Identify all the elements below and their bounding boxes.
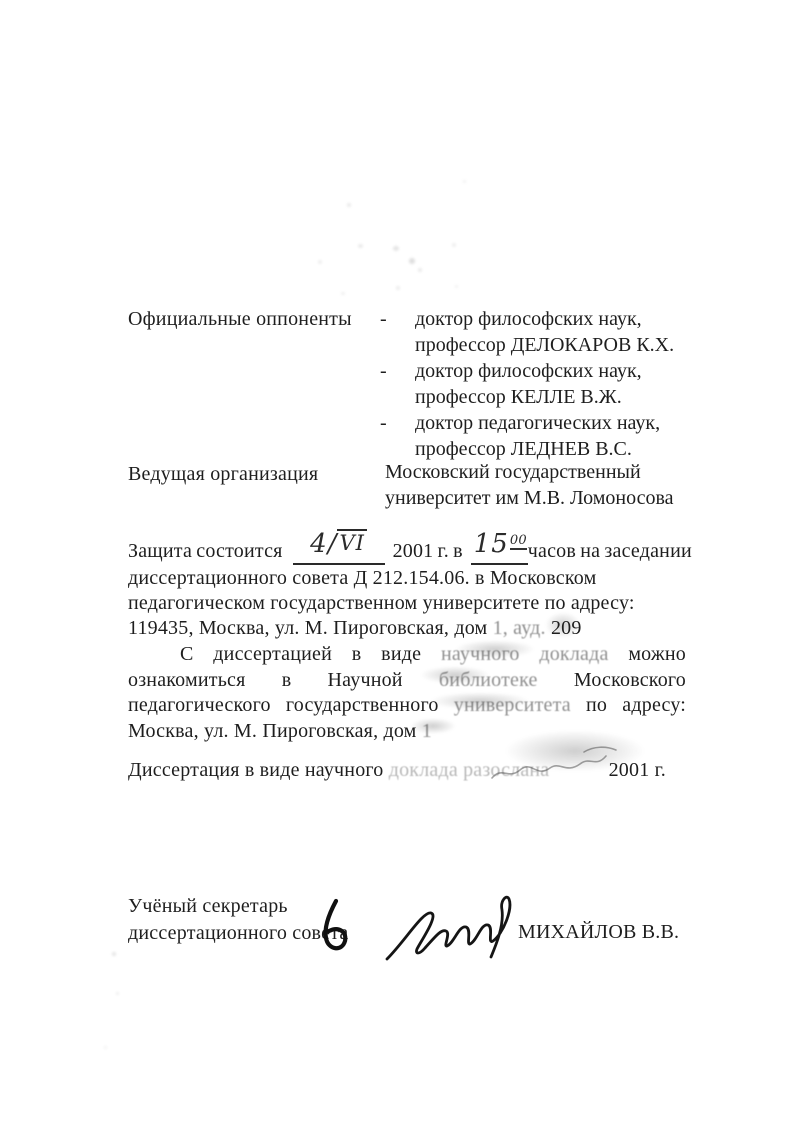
opponent-item: -доктор философских наук,профессор ДЕЛОК… <box>380 306 674 358</box>
handwritten-loop-mark <box>314 898 354 956</box>
library-line-4-a: Москва, ул. М. Пироговская, дом <box>128 720 417 742</box>
library-line-2: ознакомиться в Научной библиотеке Москов… <box>128 668 686 693</box>
opponent-degree: доктор философских наук, <box>415 360 642 382</box>
scan-artifact <box>104 1046 107 1049</box>
secretary-name: МИХАЙЛОВ В.В. <box>518 920 679 945</box>
library-line-1: С диссертацией в виде научного доклада м… <box>128 642 686 667</box>
library-line-2-b: Московского <box>574 669 686 691</box>
handwritten-minutes: 00 <box>510 533 527 550</box>
library-line-3-a: педагогического государственного <box>128 694 439 716</box>
list-dash: - <box>380 410 415 436</box>
scan-artifact <box>452 243 456 247</box>
library-line-3: педагогического государственного универс… <box>128 693 686 718</box>
defense-line-1: Защита состоится4/VI2001 г. в1500часов н… <box>128 536 692 565</box>
list-dash: - <box>380 358 415 384</box>
library-line-4: Москва, ул. М. Пироговская, дом 1 <box>128 719 432 744</box>
scan-artifact <box>358 244 363 248</box>
defense-line-1-text: Защита состоится <box>128 540 283 562</box>
mailing-text: Диссертация в виде научного <box>128 759 384 781</box>
library-line-1-a: С диссертацией в виде <box>180 643 421 665</box>
defense-line-3: педагогическом государственном университ… <box>128 591 635 616</box>
opponent-name: профессор ДЕЛОКАРОВ К.Х. <box>415 334 674 356</box>
library-line-1-faded: научного доклада <box>441 643 609 665</box>
opponent-item: -доктор педагогических наук,профессор ЛЕ… <box>380 410 660 462</box>
opponent-name: профессор ЛЕДНЕВ В.С. <box>415 438 632 460</box>
library-line-2-faded: библиотеке <box>439 669 538 691</box>
opponents-label: Официальные оппоненты <box>128 307 352 332</box>
secretary-signature <box>383 893 533 963</box>
handwritten-hour: 15 <box>474 532 509 557</box>
library-line-3-faded: университета <box>454 694 571 716</box>
list-dash: - <box>380 306 415 332</box>
handwritten-mailing-date <box>488 744 620 790</box>
opponent-degree: доктор философских наук, <box>415 308 642 330</box>
secretary-title-line-1: Учёный секретарь <box>128 894 288 919</box>
scan-artifact <box>116 992 119 995</box>
scan-artifact <box>455 285 458 288</box>
scan-artifact <box>318 260 322 264</box>
defense-line-1-after: часов на заседании <box>528 540 692 562</box>
handwritten-defense-time: 1500 <box>471 537 528 565</box>
defense-address: 119435, Москва, ул. М. Пироговская, дом <box>128 617 487 639</box>
defense-line-4: 119435, Москва, ул. М. Пироговская, дом … <box>128 616 582 641</box>
opponent-degree: доктор педагогических наук, <box>415 412 660 434</box>
defense-line-1-mid: 2001 г. в <box>393 540 463 562</box>
scan-artifact <box>463 180 466 183</box>
library-line-1-b: можно <box>628 643 686 665</box>
opponent-item: -доктор философских наук,профессор КЕЛЛЕ… <box>380 358 642 410</box>
scan-artifact <box>393 246 399 251</box>
scan-artifact <box>396 286 400 290</box>
handwritten-month: VI <box>337 529 366 556</box>
defense-address-faded: 1, ауд. <box>493 617 546 639</box>
scan-artifact <box>341 292 345 295</box>
leading-org-line1: Московский государственный <box>385 461 641 483</box>
library-line-4-faded: 1 <box>422 720 432 742</box>
handwritten-defense-date: 4/VI <box>293 536 385 565</box>
defense-room: 209 <box>551 617 582 639</box>
leading-org-label: Ведущая организация <box>128 462 318 487</box>
scan-artifact <box>409 258 415 264</box>
leading-org-value: Московский государственный университет и… <box>385 459 674 511</box>
leading-org-line2: университет им М.В. Ломоносова <box>385 487 674 509</box>
opponent-name: профессор КЕЛЛЕ В.Ж. <box>415 386 622 408</box>
scan-artifact <box>112 952 116 956</box>
library-line-3-b: по адресу: <box>586 694 686 716</box>
library-line-2-a: ознакомиться в Научной <box>128 669 403 691</box>
scan-artifact <box>418 268 422 272</box>
scanned-document-page: Официальные оппоненты -доктор философски… <box>0 0 798 1132</box>
scan-artifact <box>347 203 351 207</box>
defense-line-2: диссертационного совета Д 212.154.06. в … <box>128 566 596 591</box>
handwritten-day: 4/ <box>310 532 337 557</box>
